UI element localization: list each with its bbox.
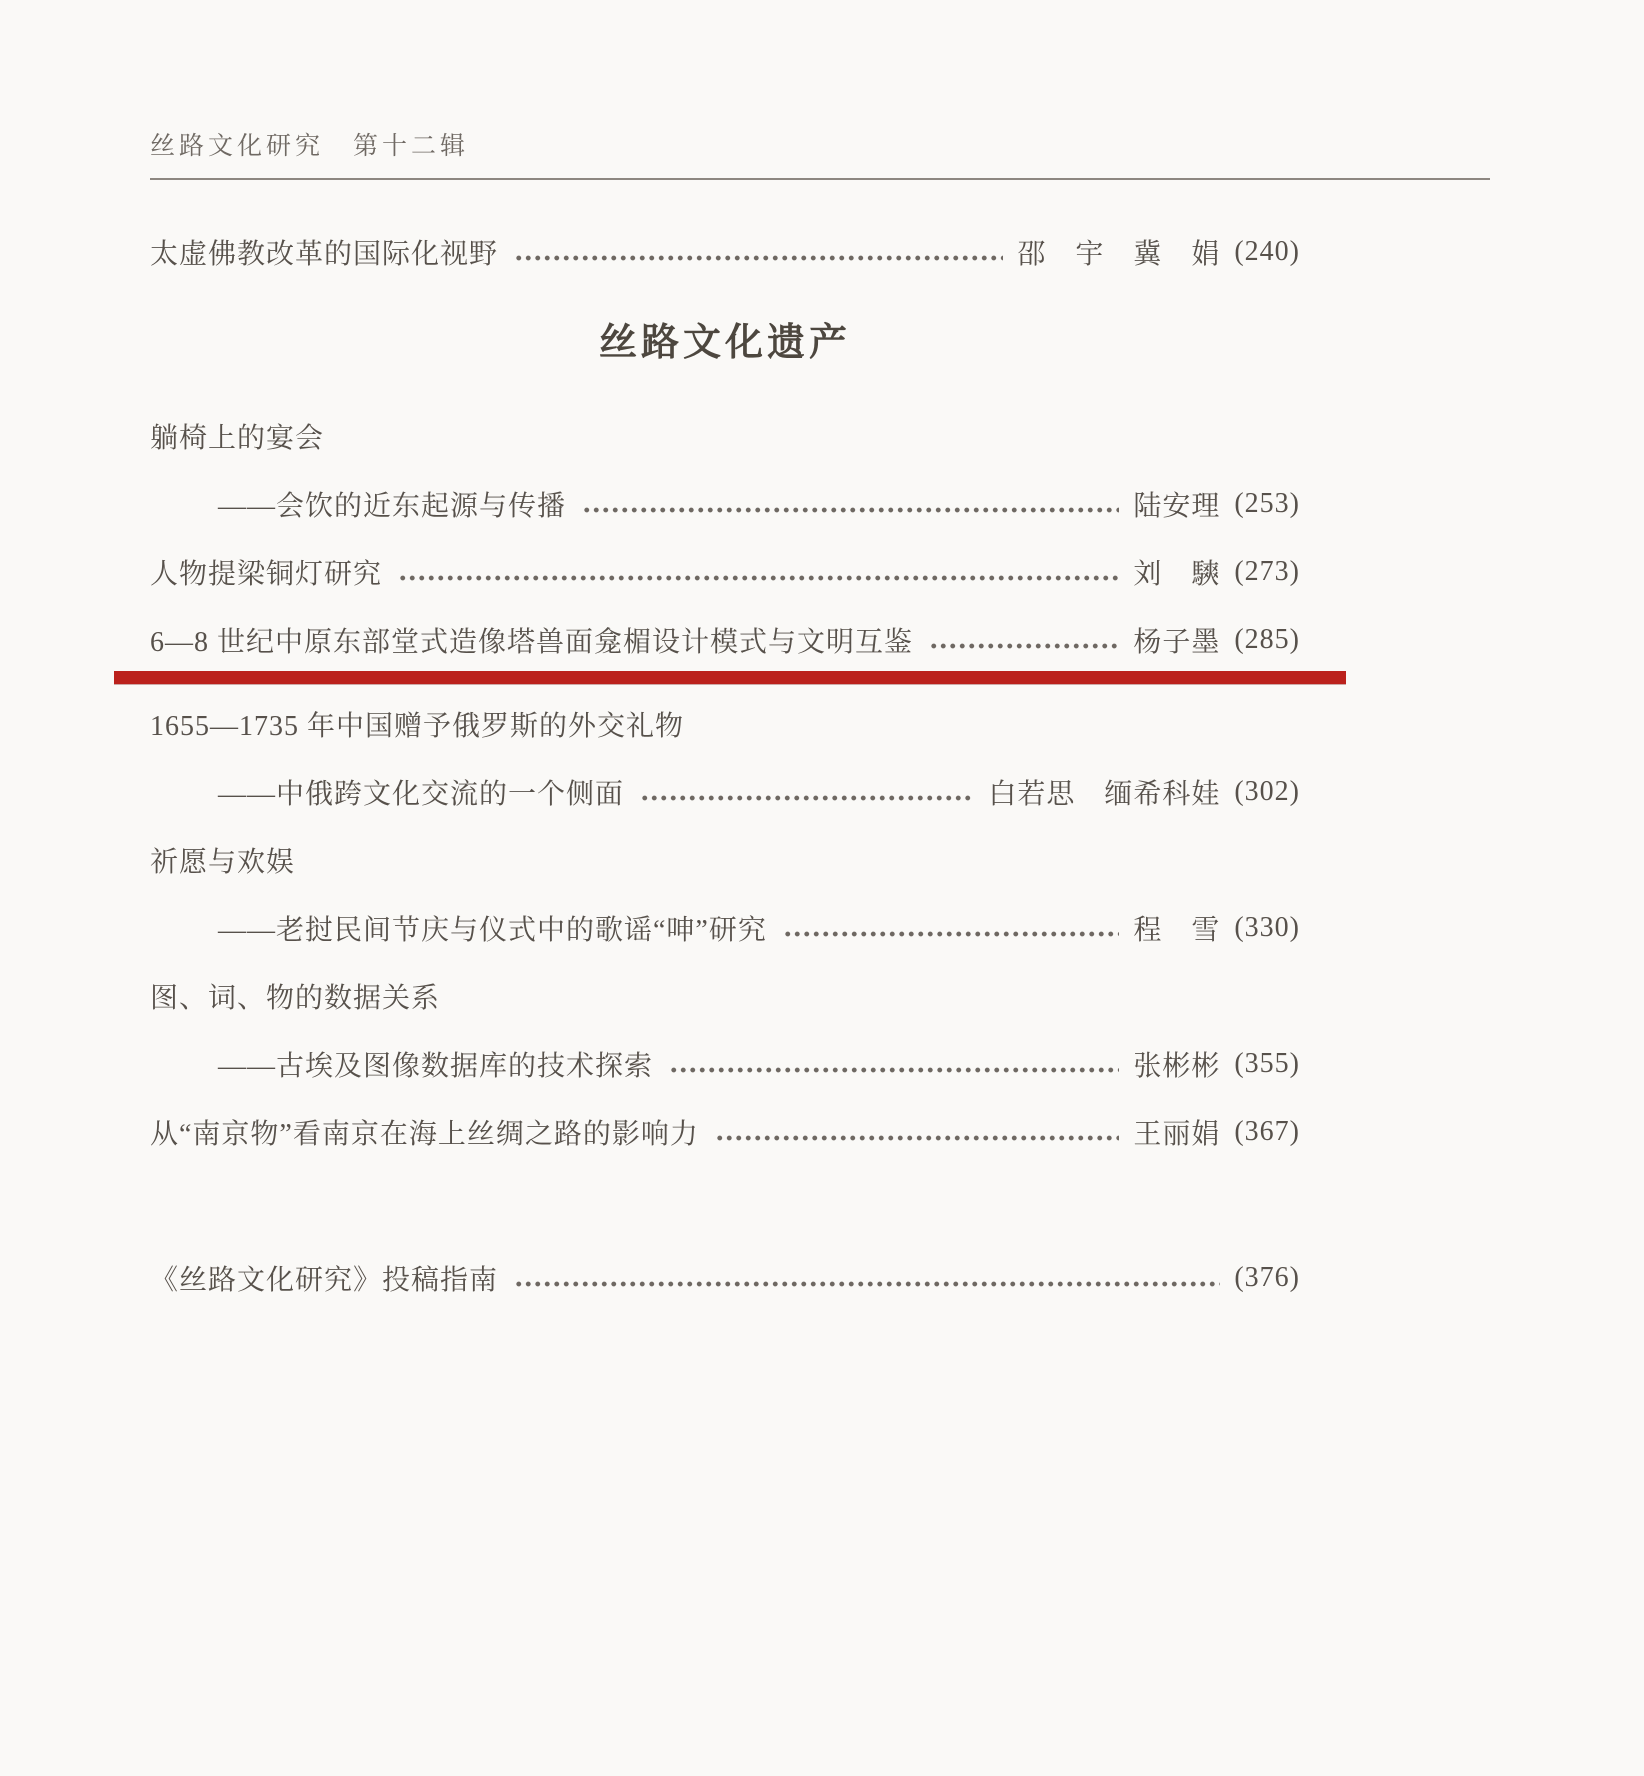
toc-title-line: 祈愿与欢娱 [150, 826, 1300, 894]
entry-page-number: (376) [1234, 1262, 1300, 1294]
entry-title: 6—8 世纪中原东部堂式造像塔兽面龛楣设计模式与文明互鉴 [150, 620, 913, 660]
entry-page-number: (367) [1234, 1116, 1300, 1148]
toc-entry-line: ——古埃及图像数据库的技术探索张彬彬(355) [150, 1030, 1300, 1098]
entry-page-number: (285) [1234, 624, 1300, 656]
entry-page-number: (240) [1234, 236, 1300, 268]
entry-title: 1655—1735 年中国赠予俄罗斯的外交礼物 [150, 704, 684, 744]
toc-entry-line: 太虚佛教改革的国际化视野邵 宇 冀 娟(240) [150, 218, 1300, 286]
entry-title: 太虚佛教改革的国际化视野 [150, 232, 498, 272]
dot-leader [640, 795, 974, 801]
entry-authors: 邵 宇 冀 娟 [1017, 232, 1220, 272]
section-title: 丝路文化遗产 [150, 316, 1300, 370]
entry-authors: 张彬彬 [1133, 1044, 1220, 1084]
entry-title: ——中俄跨文化交流的一个侧面 [218, 772, 624, 812]
toc-title-line: 躺椅上的宴会 [150, 402, 1300, 470]
toc-entry-line: ——中俄跨文化交流的一个侧面白若思 缅希科娃(302) [150, 758, 1300, 826]
entry-authors: 王丽娟 [1133, 1112, 1220, 1152]
entry-title: ——会饮的近东起源与传播 [218, 484, 566, 524]
toc-entry-line: ——会饮的近东起源与传播陆安理(253) [150, 470, 1300, 538]
red-underline-highlight [114, 671, 1346, 684]
entry-title: 图、词、物的数据关系 [150, 976, 440, 1016]
entry-page-number: (253) [1234, 488, 1300, 520]
scanned-toc-page: 丝路文化研究 第十二辑 太虚佛教改革的国际化视野邵 宇 冀 娟(240)丝路文化… [0, 0, 1644, 1776]
entry-title: ——老挝民间节庆与仪式中的歌谣“呻”研究 [218, 908, 767, 948]
entry-title: 人物提梁铜灯研究 [150, 552, 382, 592]
entry-page-number: (355) [1234, 1048, 1300, 1080]
entry-authors: 杨子墨 [1133, 620, 1220, 660]
entry-title: 《丝路文化研究》投稿指南 [150, 1258, 498, 1298]
dot-leader [514, 1281, 1220, 1287]
dot-leader [715, 1135, 1119, 1141]
toc-entry-line: 6—8 世纪中原东部堂式造像塔兽面龛楣设计模式与文明互鉴杨子墨(285) [150, 606, 1300, 674]
toc-entry-line: ——老挝民间节庆与仪式中的歌谣“呻”研究程 雪(330) [150, 894, 1300, 962]
running-head: 丝路文化研究 第十二辑 [150, 126, 1490, 162]
toc-title-line: 1655—1735 年中国赠予俄罗斯的外交礼物 [150, 690, 1300, 758]
dot-leader [783, 931, 1119, 937]
dot-leader [398, 575, 1119, 581]
header-rule [150, 178, 1490, 180]
entry-page-number: (302) [1234, 776, 1300, 808]
entry-authors: 程 雪 [1133, 908, 1220, 948]
toc-entry-line: 人物提梁铜灯研究刘 騻(273) [150, 538, 1300, 606]
entry-authors: 白若思 缅希科娃 [988, 772, 1220, 812]
entry-authors: 刘 騻 [1133, 552, 1220, 592]
dot-leader [929, 643, 1119, 649]
toc-title-line: 图、词、物的数据关系 [150, 962, 1300, 1030]
entry-authors: 陆安理 [1133, 484, 1220, 524]
dot-leader [582, 507, 1119, 513]
dot-leader [669, 1067, 1119, 1073]
entry-page-number: (273) [1234, 556, 1300, 588]
entry-title: ——古埃及图像数据库的技术探索 [218, 1044, 653, 1084]
entry-title: 躺椅上的宴会 [150, 416, 324, 456]
entry-page-number: (330) [1234, 912, 1300, 944]
toc-list: 太虚佛教改革的国际化视野邵 宇 冀 娟(240)丝路文化遗产躺椅上的宴会——会饮… [150, 218, 1300, 1312]
dot-leader [514, 255, 1003, 261]
entry-title: 祈愿与欢娱 [150, 840, 295, 880]
toc-entry-line: 《丝路文化研究》投稿指南(376) [150, 1244, 1300, 1312]
toc-entry-line: 从“南京物”看南京在海上丝绸之路的影响力王丽娟(367) [150, 1098, 1300, 1166]
entry-title: 从“南京物”看南京在海上丝绸之路的影响力 [150, 1112, 699, 1152]
